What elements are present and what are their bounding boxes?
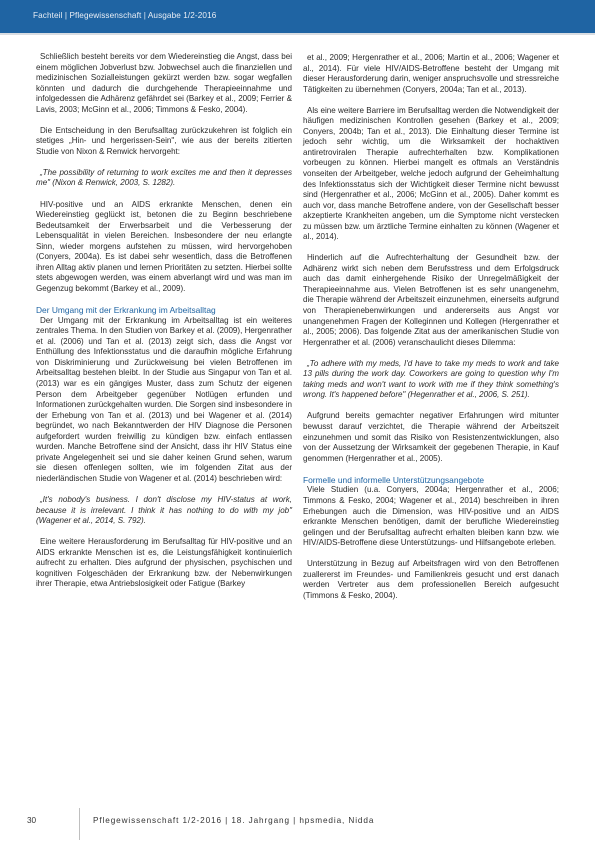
paragraph: HIV-positive und an AIDS erkrankte Mensc… xyxy=(36,200,292,295)
section-heading: Der Umgang mit der Erkrankung im Arbeits… xyxy=(36,305,292,316)
paragraph: Als eine weitere Barriere im Berufsallta… xyxy=(303,106,559,243)
paragraph: Hinderlich auf die Aufrechterhaltung der… xyxy=(303,253,559,348)
section-heading: Formelle und informelle Unterstützungsan… xyxy=(303,475,559,486)
paragraph: Eine weitere Herausforderung im Berufsal… xyxy=(36,537,292,590)
running-header-title: Fachteil | Pflegewissenschaft | Ausgabe … xyxy=(33,11,216,20)
quote-citation: (Hegenrather et al., 2006, S. 251). xyxy=(405,390,529,399)
paragraph: Aufgrund bereits gemachter negativer Erf… xyxy=(303,411,559,464)
block-quote: „The possibility of returning to work ex… xyxy=(36,168,292,189)
quote-citation: (Wagener et al., 2014, S. 792). xyxy=(36,516,146,525)
quote-citation: (Nixon & Renwick, 2003, S. 1282). xyxy=(50,178,175,187)
paragraph: et al., 2009; Hergenrather et al., 2006;… xyxy=(303,53,559,95)
footer-publication-info: Pflegewissenschaft 1/2-2016 | 18. Jahrga… xyxy=(93,816,374,825)
right-column: et al., 2009; Hergenrather et al., 2006;… xyxy=(303,53,559,612)
quote-text: „It's nobody's business. I don't disclos… xyxy=(36,495,292,515)
footer-divider xyxy=(79,808,80,840)
header-divider xyxy=(0,33,595,35)
paragraph: Schließlich besteht bereits vor dem Wied… xyxy=(36,52,292,115)
block-quote: „To adhere with my meds, I'd have to tak… xyxy=(303,359,559,401)
paragraph: Unterstützung in Bezug auf Arbeitsfragen… xyxy=(303,559,559,601)
left-column: Schließlich besteht bereits vor dem Wied… xyxy=(36,52,292,600)
page-number: 30 xyxy=(27,816,36,825)
block-quote: „It's nobody's business. I don't disclos… xyxy=(36,495,292,527)
paragraph: Die Entscheidung in den Berufsalltag zur… xyxy=(36,126,292,158)
paragraph: Viele Studien (u.a. Conyers, 2004a; Herg… xyxy=(303,485,559,548)
header-bar: Fachteil | Pflegewissenschaft | Ausgabe … xyxy=(0,0,595,33)
paragraph: Der Umgang mit der Erkrankung im Arbeits… xyxy=(36,316,292,485)
